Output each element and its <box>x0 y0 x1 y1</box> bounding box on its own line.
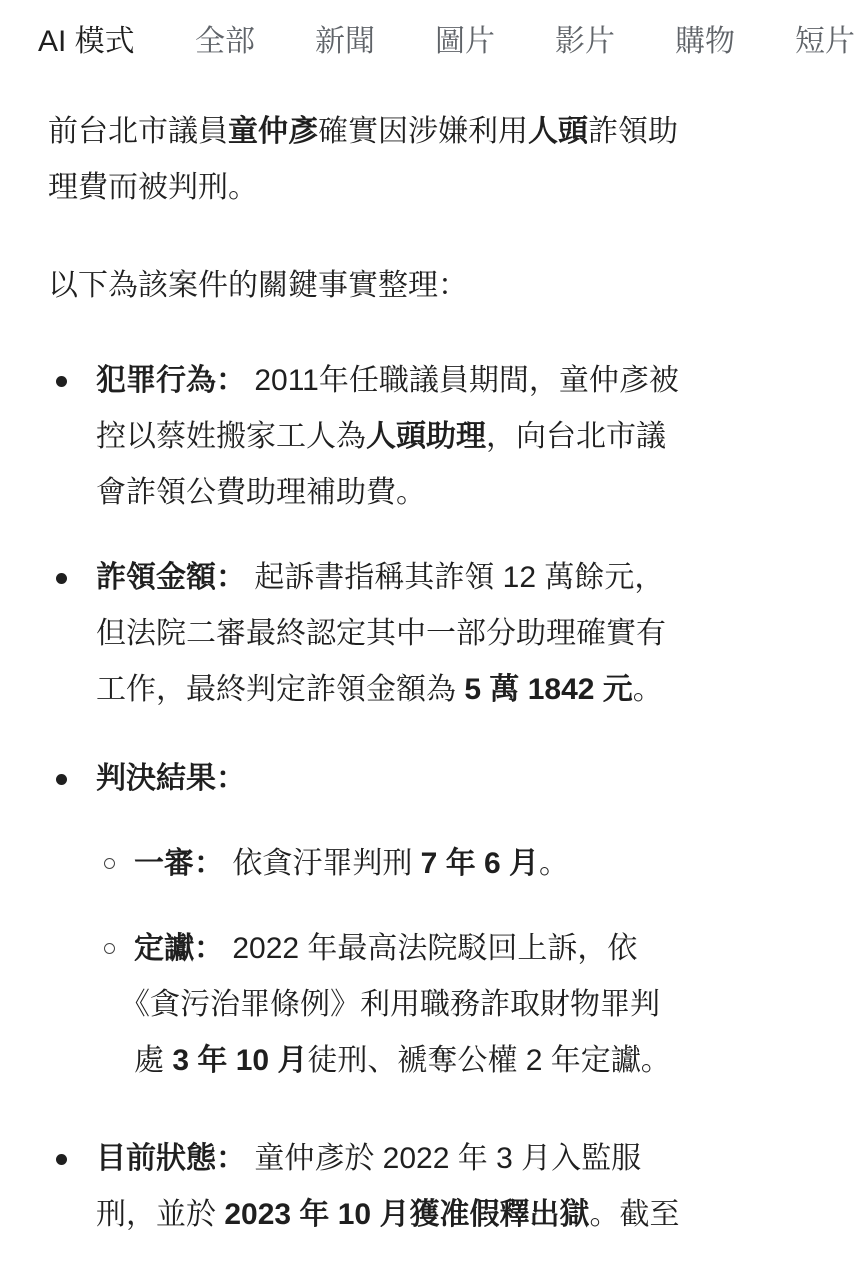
bullet-icon <box>56 376 67 387</box>
bullet-title: 犯罪行為： <box>96 364 246 397</box>
sub-bullet-title: 一審： <box>134 847 224 880</box>
bullet-icon <box>56 1154 67 1165</box>
intro-keyword-bold: 人頭 <box>528 115 588 148</box>
sub-bullet-text: 《貪污治罪條例》利用職務詐取財物罪判 <box>120 977 824 1033</box>
search-tabs: AI 模式 全部 新聞 圖片 影片 購物 短片 <box>0 0 855 86</box>
sub-bullet-text: 依貪汙罪判刑 <box>224 847 421 880</box>
intro-text: 前台北市議員 <box>48 115 228 148</box>
intro-text: 確實因涉嫌利用 <box>318 115 528 148</box>
sub-bullet-icon <box>104 858 115 869</box>
bullet-bold: 2023 年 10 月獲准假釋出獄 <box>224 1198 589 1231</box>
bullet-text: 。 <box>633 673 663 706</box>
sub-bullet-text: 。 <box>539 847 569 880</box>
sub-bullet-title: 定讞： <box>134 932 224 965</box>
tab-shopping[interactable]: 購物 <box>675 22 735 62</box>
sub-bullet-icon <box>104 943 115 954</box>
bullet-text: 。截至 <box>589 1198 679 1231</box>
bullet-text: ，向台北市議 <box>486 420 666 453</box>
sub-bullet-bold: 3 年 10 月 <box>172 1044 307 1077</box>
sub-bullet-final: 定讞： 2022 年最高法院駁回上訴，依 《貪污治罪條例》利用職務詐取財物罪判 … <box>134 921 824 1089</box>
bullet-status: 目前狀態： 童仲彥於 2022 年 3 月入監服 刑，並於 2023 年 10 … <box>96 1131 816 1243</box>
summary-heading: 以下為該案件的關鍵事實整理： <box>48 258 818 314</box>
sub-bullet-first-instance: 一審： 依貪汙罪判刑 7 年 6 月。 <box>134 836 824 892</box>
tab-short-videos[interactable]: 短片 <box>795 22 855 62</box>
bullet-text: 控以蔡姓搬家工人為 <box>96 420 366 453</box>
tab-all[interactable]: 全部 <box>195 22 255 62</box>
bullet-amount: 詐領金額： 起訴書指稱其詐領 12 萬餘元， 但法院二審最終認定其中一部分助理確… <box>96 550 816 718</box>
bullet-icon <box>56 774 67 785</box>
sub-bullet-text: 2022 年最高法院駁回上訴，依 <box>224 932 637 965</box>
tab-images[interactable]: 圖片 <box>435 22 495 62</box>
intro-text: 理費而被判刑。 <box>48 160 818 216</box>
bullet-text: 2011年任職議員期間，童仲彥被 <box>246 364 679 397</box>
bullet-text: 起訴書指稱其詐領 12 萬餘元， <box>246 561 664 594</box>
intro-paragraph: 前台北市議員童仲彥確實因涉嫌利用人頭詐領助 理費而被判刑。 <box>48 104 818 216</box>
bullet-title: 判決結果： <box>96 762 246 795</box>
sub-bullet-text: 徒刑、褫奪公權 2 年定讞。 <box>307 1044 670 1077</box>
bullet-text: 會詐領公費助理補助費。 <box>96 465 816 521</box>
tab-news[interactable]: 新聞 <box>315 22 375 62</box>
intro-name-bold: 童仲彥 <box>228 115 318 148</box>
bullet-crime: 犯罪行為： 2011年任職議員期間，童仲彥被 控以蔡姓搬家工人為人頭助理，向台北… <box>96 353 816 521</box>
sub-bullet-bold: 7 年 6 月 <box>421 847 539 880</box>
bullet-text: 但法院二審最終認定其中一部分助理確實有 <box>96 606 816 662</box>
tab-ai-mode[interactable]: AI 模式 <box>38 22 135 62</box>
bullet-text: 刑，並於 <box>96 1198 224 1231</box>
bullet-text: 工作，最終判定詐領金額為 <box>96 673 464 706</box>
bullet-bold: 5 萬 1842 元 <box>464 673 632 706</box>
bullet-title: 目前狀態： <box>96 1142 246 1175</box>
bullet-verdict: 判決結果： <box>96 751 816 807</box>
bullet-bold: 人頭助理 <box>366 420 486 453</box>
bullet-title: 詐領金額： <box>96 561 246 594</box>
bullet-text: 童仲彥於 2022 年 3 月入監服 <box>246 1142 641 1175</box>
tab-videos[interactable]: 影片 <box>555 22 615 62</box>
bullet-icon <box>56 573 67 584</box>
sub-bullet-text: 處 <box>134 1044 172 1077</box>
intro-text: 詐領助 <box>588 115 678 148</box>
